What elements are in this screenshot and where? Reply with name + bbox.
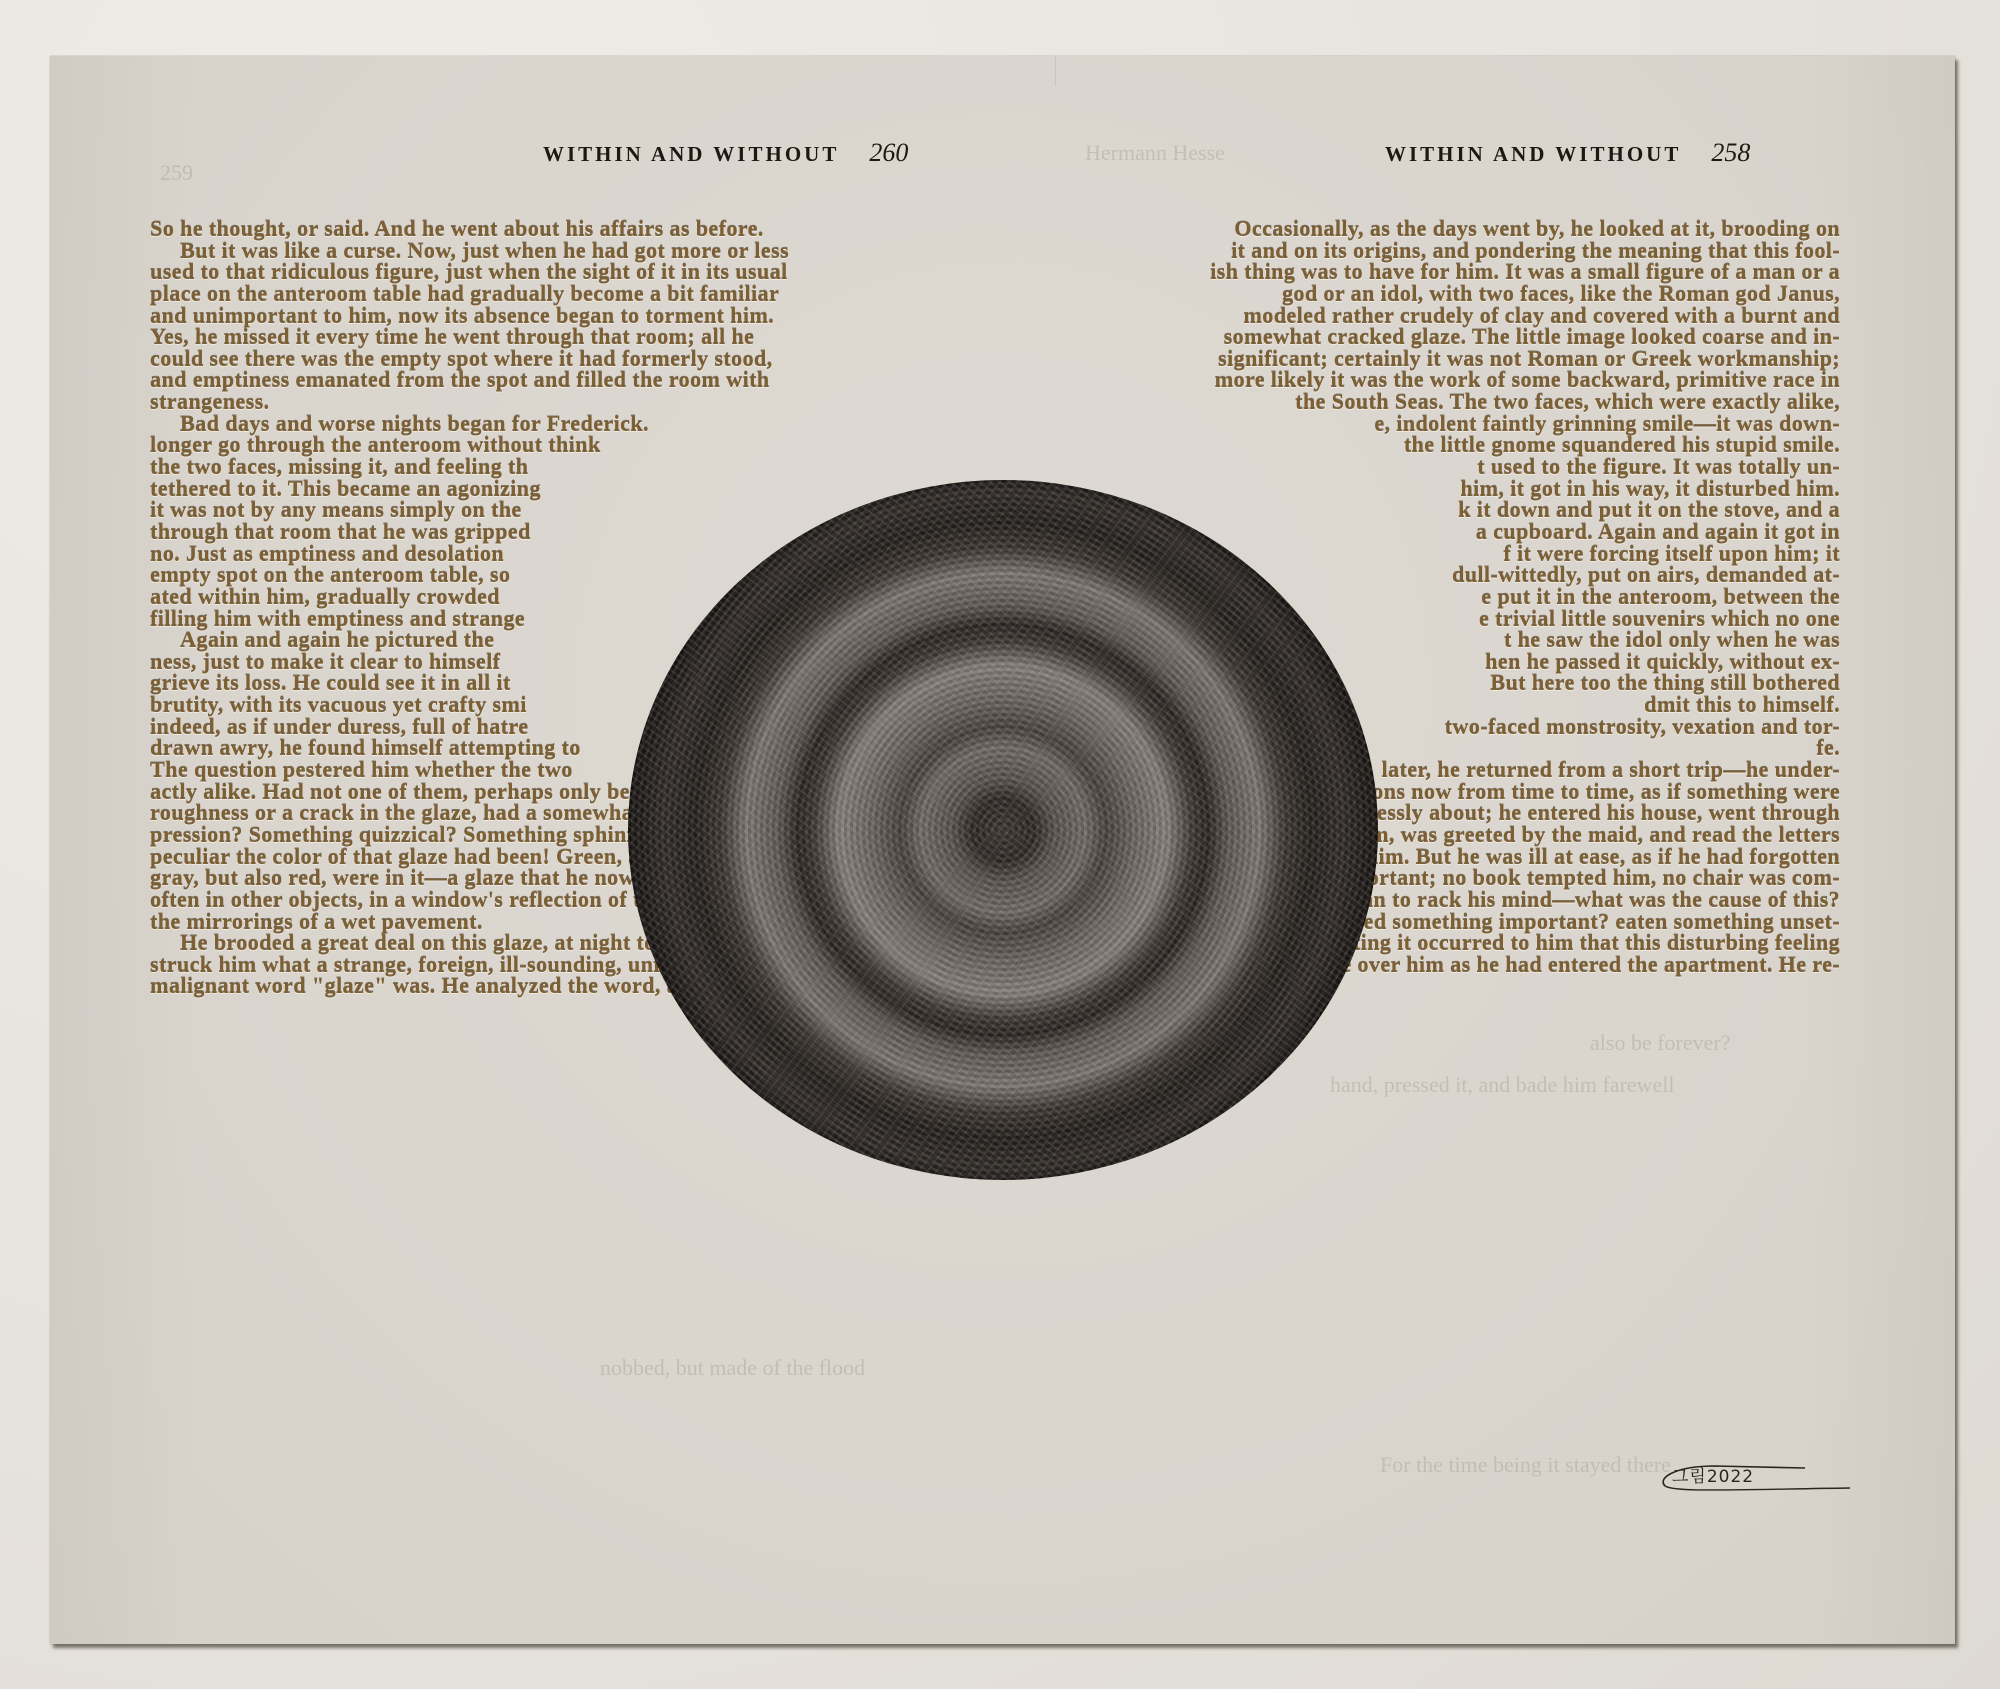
artist-signature: 그림2022: [1672, 1462, 1754, 1487]
text-line: But it was like a curse. Now, just when …: [150, 240, 1030, 262]
text-line: significant; certainly it was not Roman …: [1000, 348, 1840, 370]
text-line: could see there was the empty spot where…: [150, 348, 1030, 370]
text-line: somewhat cracked glaze. The little image…: [1000, 326, 1840, 348]
text-line: and unimportant to him, now its absence …: [150, 305, 1030, 327]
bleed-through-text: Hermann Hesse: [1085, 140, 1225, 166]
ink-concentric-circle: [628, 480, 1378, 1180]
bleed-through-text: nobbed, but made of the flood: [600, 1355, 865, 1381]
bleed-through-text: For the time being it stayed there: [1380, 1452, 1671, 1478]
page-crease: [1055, 56, 1056, 86]
text-line: So he thought, or said. And he went abou…: [150, 218, 1030, 240]
text-line: and emptiness emanated from the spot and…: [150, 369, 1030, 391]
text-line: e, indolent faintly grinning smile—it wa…: [1000, 413, 1840, 435]
letter-texture: [628, 480, 1378, 1180]
bleed-through-text: 259: [160, 160, 193, 186]
running-header-left: WITHIN AND WITHOUT260: [543, 138, 908, 168]
text-line: used to that ridiculous figure, just whe…: [150, 261, 1030, 283]
bleed-through-text: also be forever?: [1590, 1030, 1730, 1056]
text-line: place on the anteroom table had graduall…: [150, 283, 1030, 305]
text-line: Yes, he missed it every time he went thr…: [150, 326, 1030, 348]
running-header-right: WITHIN AND WITHOUT258: [1385, 138, 1750, 168]
text-line: Bad days and worse nights began for Fred…: [150, 413, 1030, 435]
header-page-number-right: 258: [1711, 138, 1750, 167]
bleed-through-text: hand, pressed it, and bade him farewell: [1330, 1072, 1675, 1098]
text-line: modeled rather crudely of clay and cover…: [1000, 305, 1840, 327]
text-line: the South Seas. The two faces, which wer…: [1000, 391, 1840, 413]
text-line: god or an idol, with two faces, like the…: [1000, 283, 1840, 305]
text-line: longer go through the anteroom without t…: [150, 434, 1030, 456]
header-title-right: WITHIN AND WITHOUT: [1385, 142, 1681, 166]
text-line: the two faces, missing it, and feeling t…: [150, 456, 1030, 478]
text-line: strangeness.: [150, 391, 1030, 413]
text-line: Occasionally, as the days went by, he lo…: [1000, 218, 1840, 240]
text-line: the little gnome squandered his stupid s…: [1000, 434, 1840, 456]
header-page-number-left: 260: [869, 138, 908, 167]
text-line: ish thing was to have for him. It was a …: [1000, 261, 1840, 283]
text-line: it and on its origins, and pondering the…: [1000, 240, 1840, 262]
header-title-left: WITHIN AND WITHOUT: [543, 142, 839, 166]
text-line: t used to the figure. It was totally un-: [1000, 456, 1840, 478]
text-line: more likely it was the work of some back…: [1000, 369, 1840, 391]
text-line: him, it got in his way, it disturbed him…: [1000, 478, 1840, 500]
